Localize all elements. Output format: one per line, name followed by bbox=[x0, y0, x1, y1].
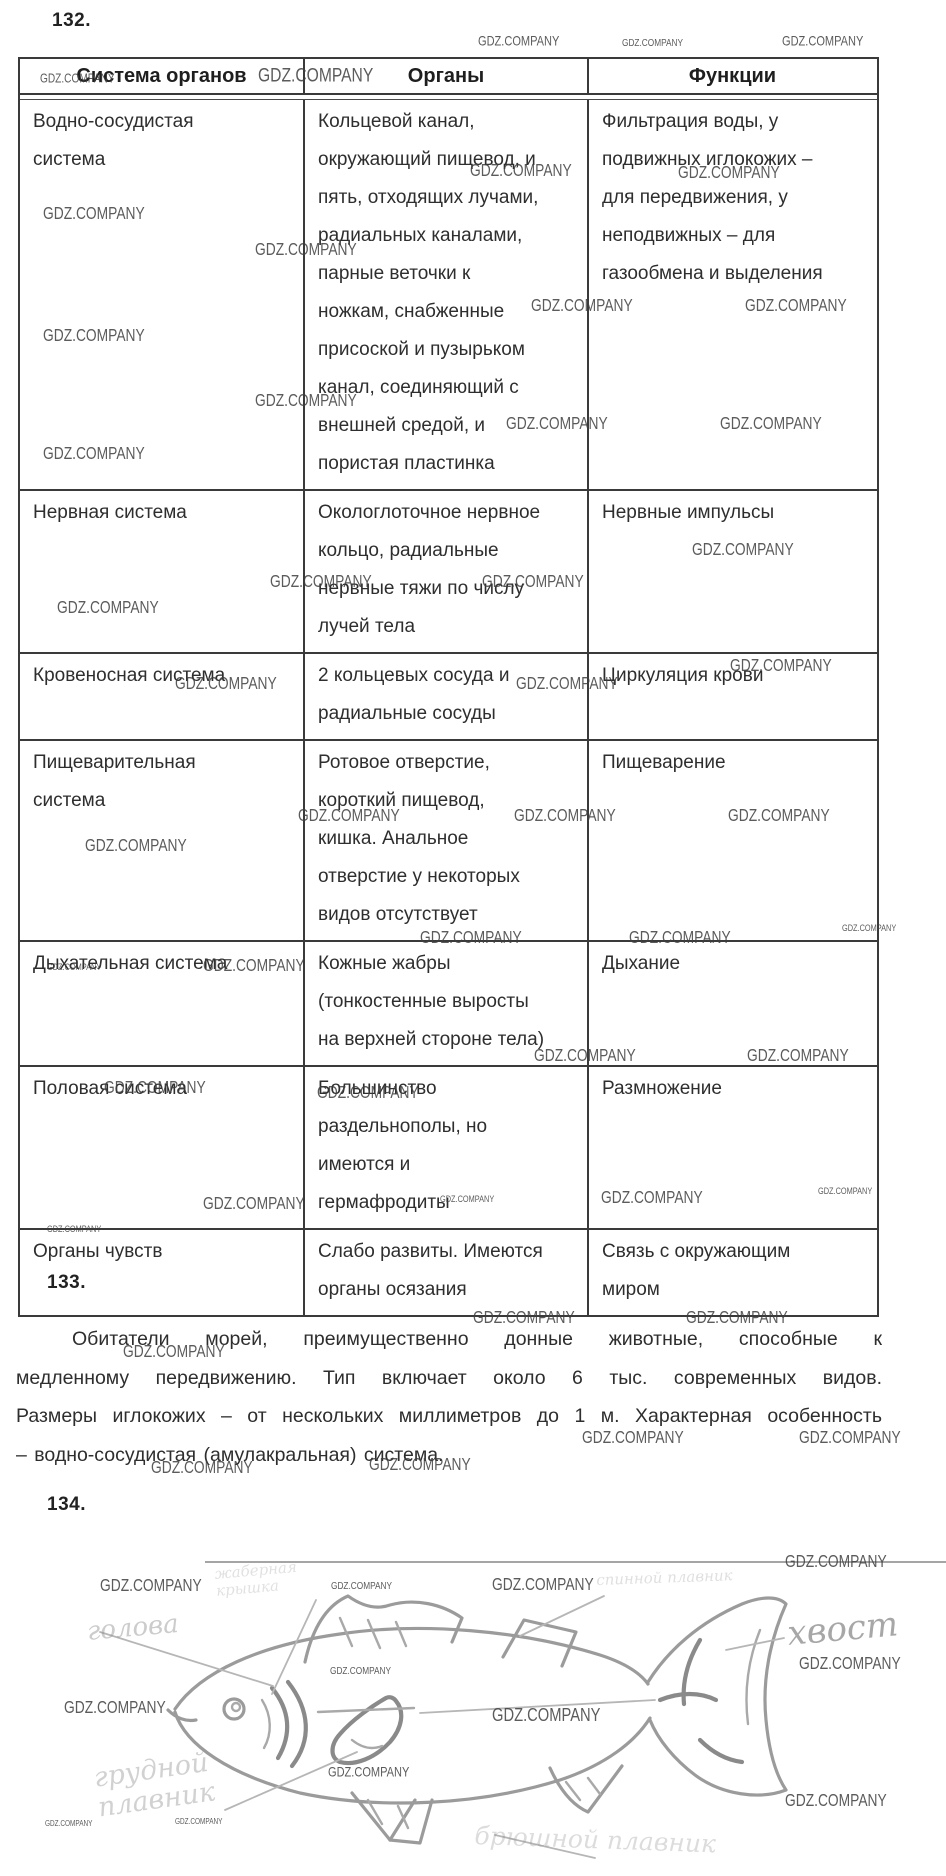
watermark: GDZ.COMPANY bbox=[43, 326, 145, 346]
fish-eye-pupil bbox=[232, 1703, 240, 1711]
gill-cover-arc bbox=[272, 1688, 287, 1758]
watermark: GDZ.COMPANY bbox=[175, 674, 277, 694]
watermark: GDZ.COMPANY bbox=[203, 1194, 305, 1214]
watermark: GDZ.COMPANY bbox=[317, 1083, 419, 1103]
watermark: GDZ.COMPANY bbox=[692, 540, 794, 560]
cell-functions: Связь с окружающим миром bbox=[589, 1230, 876, 1315]
watermark: GDZ.COMPANY bbox=[531, 296, 633, 316]
anal-fin-hatch bbox=[588, 1778, 600, 1794]
tail-fin-stroke bbox=[660, 1694, 716, 1700]
watermark: GDZ.COMPANY bbox=[785, 1552, 887, 1572]
watermark: GDZ.COMPANY bbox=[678, 163, 780, 183]
table-row: Органы чувств Слабо развиты. Имеются орг… bbox=[20, 1230, 877, 1315]
watermark: GDZ.COMPANY bbox=[175, 1818, 222, 1826]
paragraph-line: медленному передвижению. Тип включает ок… bbox=[16, 1359, 882, 1398]
watermark: GDZ.COMPANY bbox=[369, 1455, 471, 1475]
watermark: GDZ.COMPANY bbox=[255, 391, 357, 411]
watermark: GDZ.COMPANY bbox=[782, 33, 863, 49]
watermark: GDZ.COMPANY bbox=[330, 1665, 391, 1677]
watermark: GDZ.COMPANY bbox=[516, 674, 618, 694]
watermark: GDZ.COMPANY bbox=[629, 928, 731, 948]
fish-sketch bbox=[0, 1560, 946, 1876]
watermark: GDZ.COMPANY bbox=[45, 1820, 92, 1828]
watermark: GDZ.COMPANY bbox=[534, 1046, 636, 1066]
watermark: GDZ.COMPANY bbox=[331, 1580, 392, 1592]
cell-functions: Пищеварение bbox=[589, 741, 876, 940]
watermark: GDZ.COMPANY bbox=[85, 836, 187, 856]
watermark: GDZ.COMPANY bbox=[440, 1194, 494, 1204]
watermark: GDZ.COMPANY bbox=[270, 572, 372, 592]
watermark: GDZ.COMPANY bbox=[100, 1576, 202, 1596]
fish-mouth bbox=[168, 1710, 196, 1721]
watermark: GDZ.COMPANY bbox=[255, 240, 357, 260]
dorsal-fin-hatch bbox=[396, 1622, 406, 1646]
watermark: GDZ.COMPANY bbox=[43, 444, 145, 464]
pointer-line-tail bbox=[726, 1638, 784, 1650]
watermark: GDZ.COMPANY bbox=[473, 1308, 575, 1328]
cell-system: Водно-сосудистая система bbox=[20, 100, 305, 489]
tail-fin-stroke bbox=[700, 1740, 742, 1762]
watermark: GDZ.COMPANY bbox=[151, 1458, 253, 1478]
watermark: GDZ.COMPANY bbox=[64, 1698, 166, 1718]
paragraph-line: Размеры иглокожих – от нескольких миллим… bbox=[16, 1397, 882, 1436]
watermark: GDZ.COMPANY bbox=[492, 1706, 601, 1727]
watermark: GDZ.COMPANY bbox=[478, 33, 559, 49]
watermark: GDZ.COMPANY bbox=[104, 1078, 206, 1098]
item-number-133: 133. bbox=[47, 1272, 86, 1294]
watermark: GDZ.COMPANY bbox=[203, 956, 305, 976]
watermark: GDZ.COMPANY bbox=[601, 1188, 703, 1208]
watermark: GDZ.COMPANY bbox=[420, 928, 522, 948]
watermark: GDZ.COMPANY bbox=[298, 806, 400, 826]
pectoral-fin bbox=[333, 1697, 402, 1763]
watermark: GDZ.COMPANY bbox=[123, 1342, 225, 1362]
cell-organs: 2 кольцевых сосуда и радиальные сосуды bbox=[305, 654, 589, 739]
watermark: GDZ.COMPANY bbox=[730, 656, 832, 676]
watermark: GDZ.COMPANY bbox=[747, 1046, 849, 1066]
watermark: GDZ.COMPANY bbox=[686, 1308, 788, 1328]
watermark: GDZ.COMPANY bbox=[799, 1428, 901, 1448]
watermark: GDZ.COMPANY bbox=[720, 414, 822, 434]
table-row: Нервная система Окологлоточное нервное к… bbox=[20, 491, 877, 654]
anal-fin bbox=[550, 1766, 622, 1812]
gill-cover-arc bbox=[288, 1682, 306, 1766]
watermark: GDZ.COMPANY bbox=[47, 1224, 101, 1234]
watermark: GDZ.COMPANY bbox=[582, 1428, 684, 1448]
watermark: GDZ.COMPANY bbox=[482, 572, 584, 592]
organ-systems-table: Система органов Органы Функции Водно-сос… bbox=[18, 57, 879, 1317]
watermark: GDZ.COMPANY bbox=[328, 1764, 409, 1780]
pointer-line-pectoral bbox=[225, 1752, 357, 1810]
cell-functions: Нервные импульсы bbox=[589, 491, 876, 652]
watermark: GDZ.COMPANY bbox=[40, 72, 115, 86]
cell-organs: Слабо развиты. Имеются органы осязания bbox=[305, 1230, 589, 1315]
watermark: GDZ.COMPANY bbox=[492, 1575, 594, 1595]
item-number-134: 134. bbox=[47, 1494, 86, 1516]
watermark: GDZ.COMPANY bbox=[514, 806, 616, 826]
watermark: GDZ.COMPANY bbox=[785, 1791, 887, 1811]
watermark: GDZ.COMPANY bbox=[799, 1654, 901, 1674]
watermark: GDZ.COMPANY bbox=[47, 962, 101, 972]
cell-organs: Ротовое отверстие, короткий пищевод, киш… bbox=[305, 741, 589, 940]
watermark: GDZ.COMPANY bbox=[818, 1186, 872, 1196]
dorsal-fin-hatch bbox=[368, 1620, 380, 1648]
header-cell-functions: Функции bbox=[589, 59, 876, 93]
watermark: GDZ.COMPANY bbox=[728, 806, 830, 826]
watermark: GDZ.COMPANY bbox=[43, 204, 145, 224]
watermark: GDZ.COMPANY bbox=[842, 923, 896, 933]
table-header-row: Система органов Органы Функции bbox=[20, 59, 877, 95]
watermark: GDZ.COMPANY bbox=[470, 161, 572, 181]
watermark: GDZ.COMPANY bbox=[506, 414, 608, 434]
watermark: GDZ.COMPANY bbox=[57, 598, 159, 618]
item-number-132: 132. bbox=[52, 10, 91, 32]
watermark: GDZ.COMPANY bbox=[622, 37, 683, 49]
fish-body-outline bbox=[175, 1629, 648, 1709]
cell-system: Кровеносная система bbox=[20, 654, 305, 739]
watermark: GDZ.COMPANY bbox=[258, 64, 373, 87]
gill-cover-arc bbox=[262, 1700, 270, 1748]
cell-system: Нервная система bbox=[20, 491, 305, 652]
scanned-document-page: 132. Система органов Органы Функции Водн… bbox=[0, 0, 946, 1876]
watermark: GDZ.COMPANY bbox=[745, 296, 847, 316]
pectoral-fin-hatch bbox=[352, 1740, 382, 1748]
